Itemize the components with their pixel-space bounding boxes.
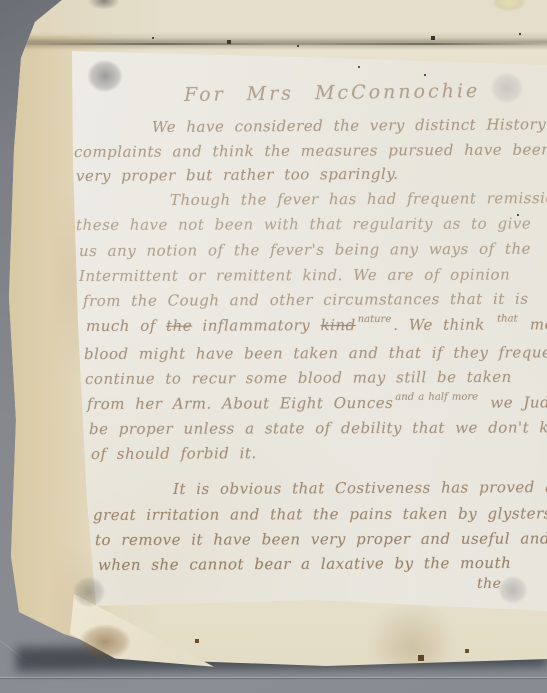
manuscript-line: be proper unless a state of debility tha… [89, 418, 547, 438]
manuscript-words: much of [86, 317, 166, 335]
manuscript-line: from the Cough and other circumstances t… [83, 290, 529, 310]
manuscript-words: when she cannot bear a laxative by the m… [98, 554, 511, 574]
manuscript-line: Intermittent or remittent kind. We are o… [79, 265, 510, 285]
manuscript-words: continue to recur some blood may still b… [85, 368, 512, 388]
manuscript-words: the [477, 576, 501, 592]
manuscript-line: It is obvious that Costiveness has prove… [173, 478, 547, 498]
manuscript-words: us any notion of the fever's being any w… [79, 240, 531, 260]
manuscript-line: us any notion of the fever's being any w… [79, 240, 531, 260]
manuscript-words: from her Arm. About Eight Ounces [87, 394, 393, 413]
manuscript-line: these have not been with that regularity… [76, 214, 531, 234]
manuscript-line: from her Arm. About Eight Ouncesand a ha… [87, 393, 547, 413]
manuscript-words: We have considered the very distinct His… [152, 115, 547, 136]
manuscript-line: We have considered the very distinct His… [152, 115, 547, 136]
manuscript-words: For Mrs McConnochie [184, 80, 480, 106]
manuscript-words: be proper unless a state of debility tha… [89, 418, 547, 438]
manuscript-words: we Judge may [480, 393, 547, 411]
inserted-word: and a half more [395, 392, 478, 403]
manuscript-line: Though the fever has had frequent remiss… [170, 189, 547, 209]
manuscript-words: It is obvious that Costiveness has prove… [173, 478, 547, 498]
manuscript-words: inflammatory [192, 316, 320, 334]
manuscript-line: complaints and think the measures pursue… [74, 141, 547, 161]
photo-background: For Mrs McConnochieWe have considered th… [0, 0, 547, 693]
manuscript-line: very proper but rather too sparingly. [76, 165, 399, 185]
manuscript-words: to remove it have been very proper and u… [95, 529, 547, 549]
manuscript-line: of should forbid it. [91, 444, 257, 463]
manuscript-words: these have not been with that regularity… [76, 214, 531, 234]
inserted-word: nature [358, 314, 392, 325]
manuscript-words: complaints and think the measures pursue… [74, 141, 547, 161]
manuscript-words: of should forbid it. [91, 444, 257, 463]
manuscript-line: continue to recur some blood may still b… [85, 368, 512, 388]
manuscript-words: from the Cough and other circumstances t… [83, 290, 529, 310]
manuscript-text: For Mrs McConnochieWe have considered th… [0, 0, 547, 693]
manuscript-words: very proper but rather too sparingly. [76, 165, 399, 185]
manuscript-words: great irritation and that the pains take… [93, 504, 547, 524]
manuscript-words: blood might have been taken and that if … [84, 343, 547, 363]
manuscript-words: Intermittent or remittent kind. We are o… [79, 265, 510, 285]
letter-heading: For Mrs McConnochie [184, 80, 481, 107]
manuscript-line: great irritation and that the pains take… [93, 504, 547, 524]
manuscript-words: more [520, 315, 547, 333]
catchword: the [477, 576, 501, 593]
manuscript-words: Though the fever has had frequent remiss… [170, 189, 547, 209]
manuscript-line: blood might have been taken and that if … [84, 343, 547, 363]
manuscript-line: much of the inflammatory kindnature. We … [86, 315, 547, 335]
struck-word: kind [321, 316, 356, 334]
manuscript-line: to remove it have been very proper and u… [95, 529, 547, 549]
struck-word: the [166, 317, 192, 335]
manuscript-words: . We think [393, 316, 495, 334]
inserted-word: that [497, 313, 517, 324]
manuscript-line: when she cannot bear a laxative by the m… [98, 554, 511, 574]
